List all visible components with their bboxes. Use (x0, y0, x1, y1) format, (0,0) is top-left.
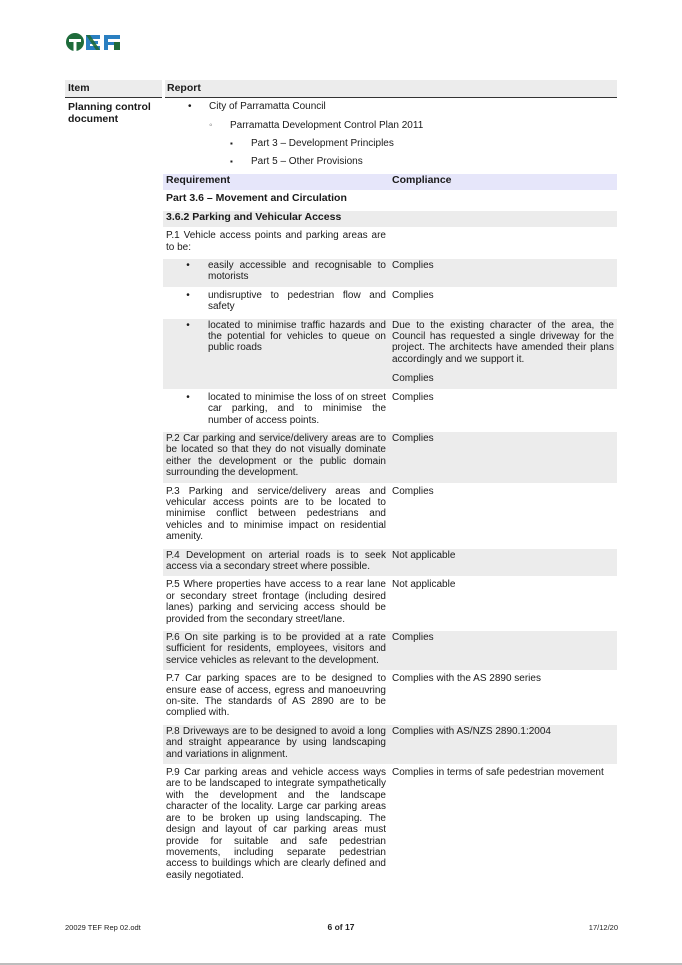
compliance-text: Complies (392, 260, 614, 271)
table-row: •located to minimise the loss of on stre… (163, 391, 617, 430)
compliance-cell: Complies with the AS 2890 series (389, 672, 617, 723)
requirement-text: P.8 Driveways are to be designed to avoi… (166, 726, 386, 760)
compliance-text: Not applicable (392, 550, 614, 561)
requirement-cell: •easily accessible and recognisable to m… (163, 259, 389, 287)
requirement-text: P.7 Car parking spaces are to be designe… (166, 673, 386, 718)
compliance-cell: Complies with AS/NZS 2890.1:2004 (389, 725, 617, 764)
table-row: P.9 Car parking areas and vehicle access… (163, 766, 617, 885)
requirement-cell: P.3 Parking and service/delivery areas a… (163, 485, 389, 547)
requirements-header-row: Requirement Compliance (163, 174, 617, 190)
compliance-text: Complies (392, 486, 614, 497)
compliance-text: Complies (392, 632, 614, 643)
column-header-compliance: Compliance (389, 174, 617, 190)
requirement-text: P.4 Development on arterial roads is to … (166, 550, 386, 572)
compliance-cell: Due to the existing character of the are… (389, 319, 617, 389)
requirement-text: P.5 Where properties have access to a re… (166, 579, 386, 624)
requirement-cell: P.6 On site parking is to be provided at… (163, 631, 389, 670)
requirement-cell: P.8 Driveways are to be designed to avoi… (163, 725, 389, 764)
compliance-text: Not applicable (392, 579, 614, 590)
table-row: •located to minimise traffic hazards and… (163, 319, 617, 389)
requirement-text: P.2 Car parking and service/delivery are… (166, 433, 386, 478)
report-list-text: City of Parramatta Council (209, 101, 326, 113)
requirement-cell: •located to minimise the loss of on stre… (163, 391, 389, 430)
table-row: P.5 Where properties have access to a re… (163, 578, 617, 629)
section-title: Part 3.6 – Movement and Circulation (163, 192, 617, 208)
footer-date: 17/12/20 (589, 923, 618, 932)
table-row: P.1 Vehicle access points and parking ar… (163, 229, 617, 257)
report-list-text: Part 5 – Other Provisions (251, 156, 363, 168)
requirement-text: P.1 Vehicle access points and parking ar… (166, 230, 386, 252)
compliance-text: Complies with the AS 2890 series (392, 673, 614, 684)
bullet-icon: • (166, 320, 208, 354)
compliance-cell: Complies (389, 485, 617, 547)
requirement-cell: P.7 Car parking spaces are to be designe… (163, 672, 389, 723)
compliance-cell: Complies in terms of safe pedestrian mov… (389, 766, 617, 885)
column-header-item: Item (68, 82, 90, 94)
table-row: P.4 Development on arterial roads is to … (163, 549, 617, 577)
compliance-text: Complies (392, 433, 614, 444)
requirement-text: easily accessible and recognisable to mo… (208, 260, 386, 283)
table-row: P.3 Parking and service/delivery areas a… (163, 485, 617, 547)
compliance-text: Due to the existing character of the are… (392, 320, 614, 366)
company-logo (66, 31, 124, 53)
compliance-text: Complies (392, 373, 614, 384)
footer-page-number: 6 of 17 (0, 922, 682, 932)
bullet-icon: • (166, 290, 208, 313)
requirement-text: P.3 Parking and service/delivery areas a… (166, 486, 386, 543)
column-header-report: Report (167, 82, 201, 94)
requirement-text: P.9 Car parking areas and vehicle access… (166, 767, 386, 881)
requirement-cell: P.2 Car parking and service/delivery are… (163, 432, 389, 483)
compliance-text: Complies with AS/NZS 2890.1:2004 (392, 726, 614, 737)
item-label: Planning control document (68, 101, 160, 125)
compliance-cell: Not applicable (389, 549, 617, 577)
compliance-cell: Complies (389, 391, 617, 430)
bullet-icon: • (166, 392, 208, 426)
requirement-cell: P.9 Car parking areas and vehicle access… (163, 766, 389, 885)
compliance-text: Complies in terms of safe pedestrian mov… (392, 767, 614, 778)
bullet-icon: • (166, 260, 208, 283)
requirement-cell: P.4 Development on arterial roads is to … (163, 549, 389, 577)
report-list-text: Part 3 – Development Principles (251, 138, 394, 150)
subsection-title: 3.6.2 Parking and Vehicular Access (163, 211, 617, 227)
requirement-text: P.6 On site parking is to be provided at… (166, 632, 386, 666)
table-row: P.6 On site parking is to be provided at… (163, 631, 617, 670)
subsection-row: 3.6.2 Parking and Vehicular Access (163, 211, 617, 227)
requirement-text: undisruptive to pedestrian flow and safe… (208, 290, 386, 313)
compliance-cell: Complies (389, 631, 617, 670)
compliance-cell: Not applicable (389, 578, 617, 629)
compliance-cell (389, 229, 617, 257)
compliance-text: Complies (392, 290, 614, 301)
requirement-text: located to minimise the loss of on stree… (208, 392, 386, 426)
table-header: Item Report (65, 80, 617, 98)
requirement-text: located to minimise traffic hazards and … (208, 320, 386, 354)
table-row: •undisruptive to pedestrian flow and saf… (163, 289, 617, 317)
compliance-cell: Complies (389, 259, 617, 287)
requirement-cell: •located to minimise traffic hazards and… (163, 319, 389, 389)
table-row: P.7 Car parking spaces are to be designe… (163, 672, 617, 723)
compliance-cell: Complies (389, 432, 617, 483)
requirement-cell: P.5 Where properties have access to a re… (163, 578, 389, 629)
compliance-text: Complies (392, 392, 614, 403)
column-header-requirement: Requirement (163, 174, 389, 190)
table-row: P.2 Car parking and service/delivery are… (163, 432, 617, 483)
section-row: Part 3.6 – Movement and Circulation (163, 192, 617, 208)
requirement-cell: •undisruptive to pedestrian flow and saf… (163, 289, 389, 317)
requirement-cell: P.1 Vehicle access points and parking ar… (163, 229, 389, 257)
report-list-text: Parramatta Development Control Plan 2011 (230, 120, 423, 132)
compliance-cell: Complies (389, 289, 617, 317)
table-row: •easily accessible and recognisable to m… (163, 259, 617, 287)
table-row: P.8 Driveways are to be designed to avoi… (163, 725, 617, 764)
tef-logo-icon (66, 31, 124, 53)
requirements-table: Requirement Compliance Part 3.6 – Moveme… (163, 172, 617, 887)
